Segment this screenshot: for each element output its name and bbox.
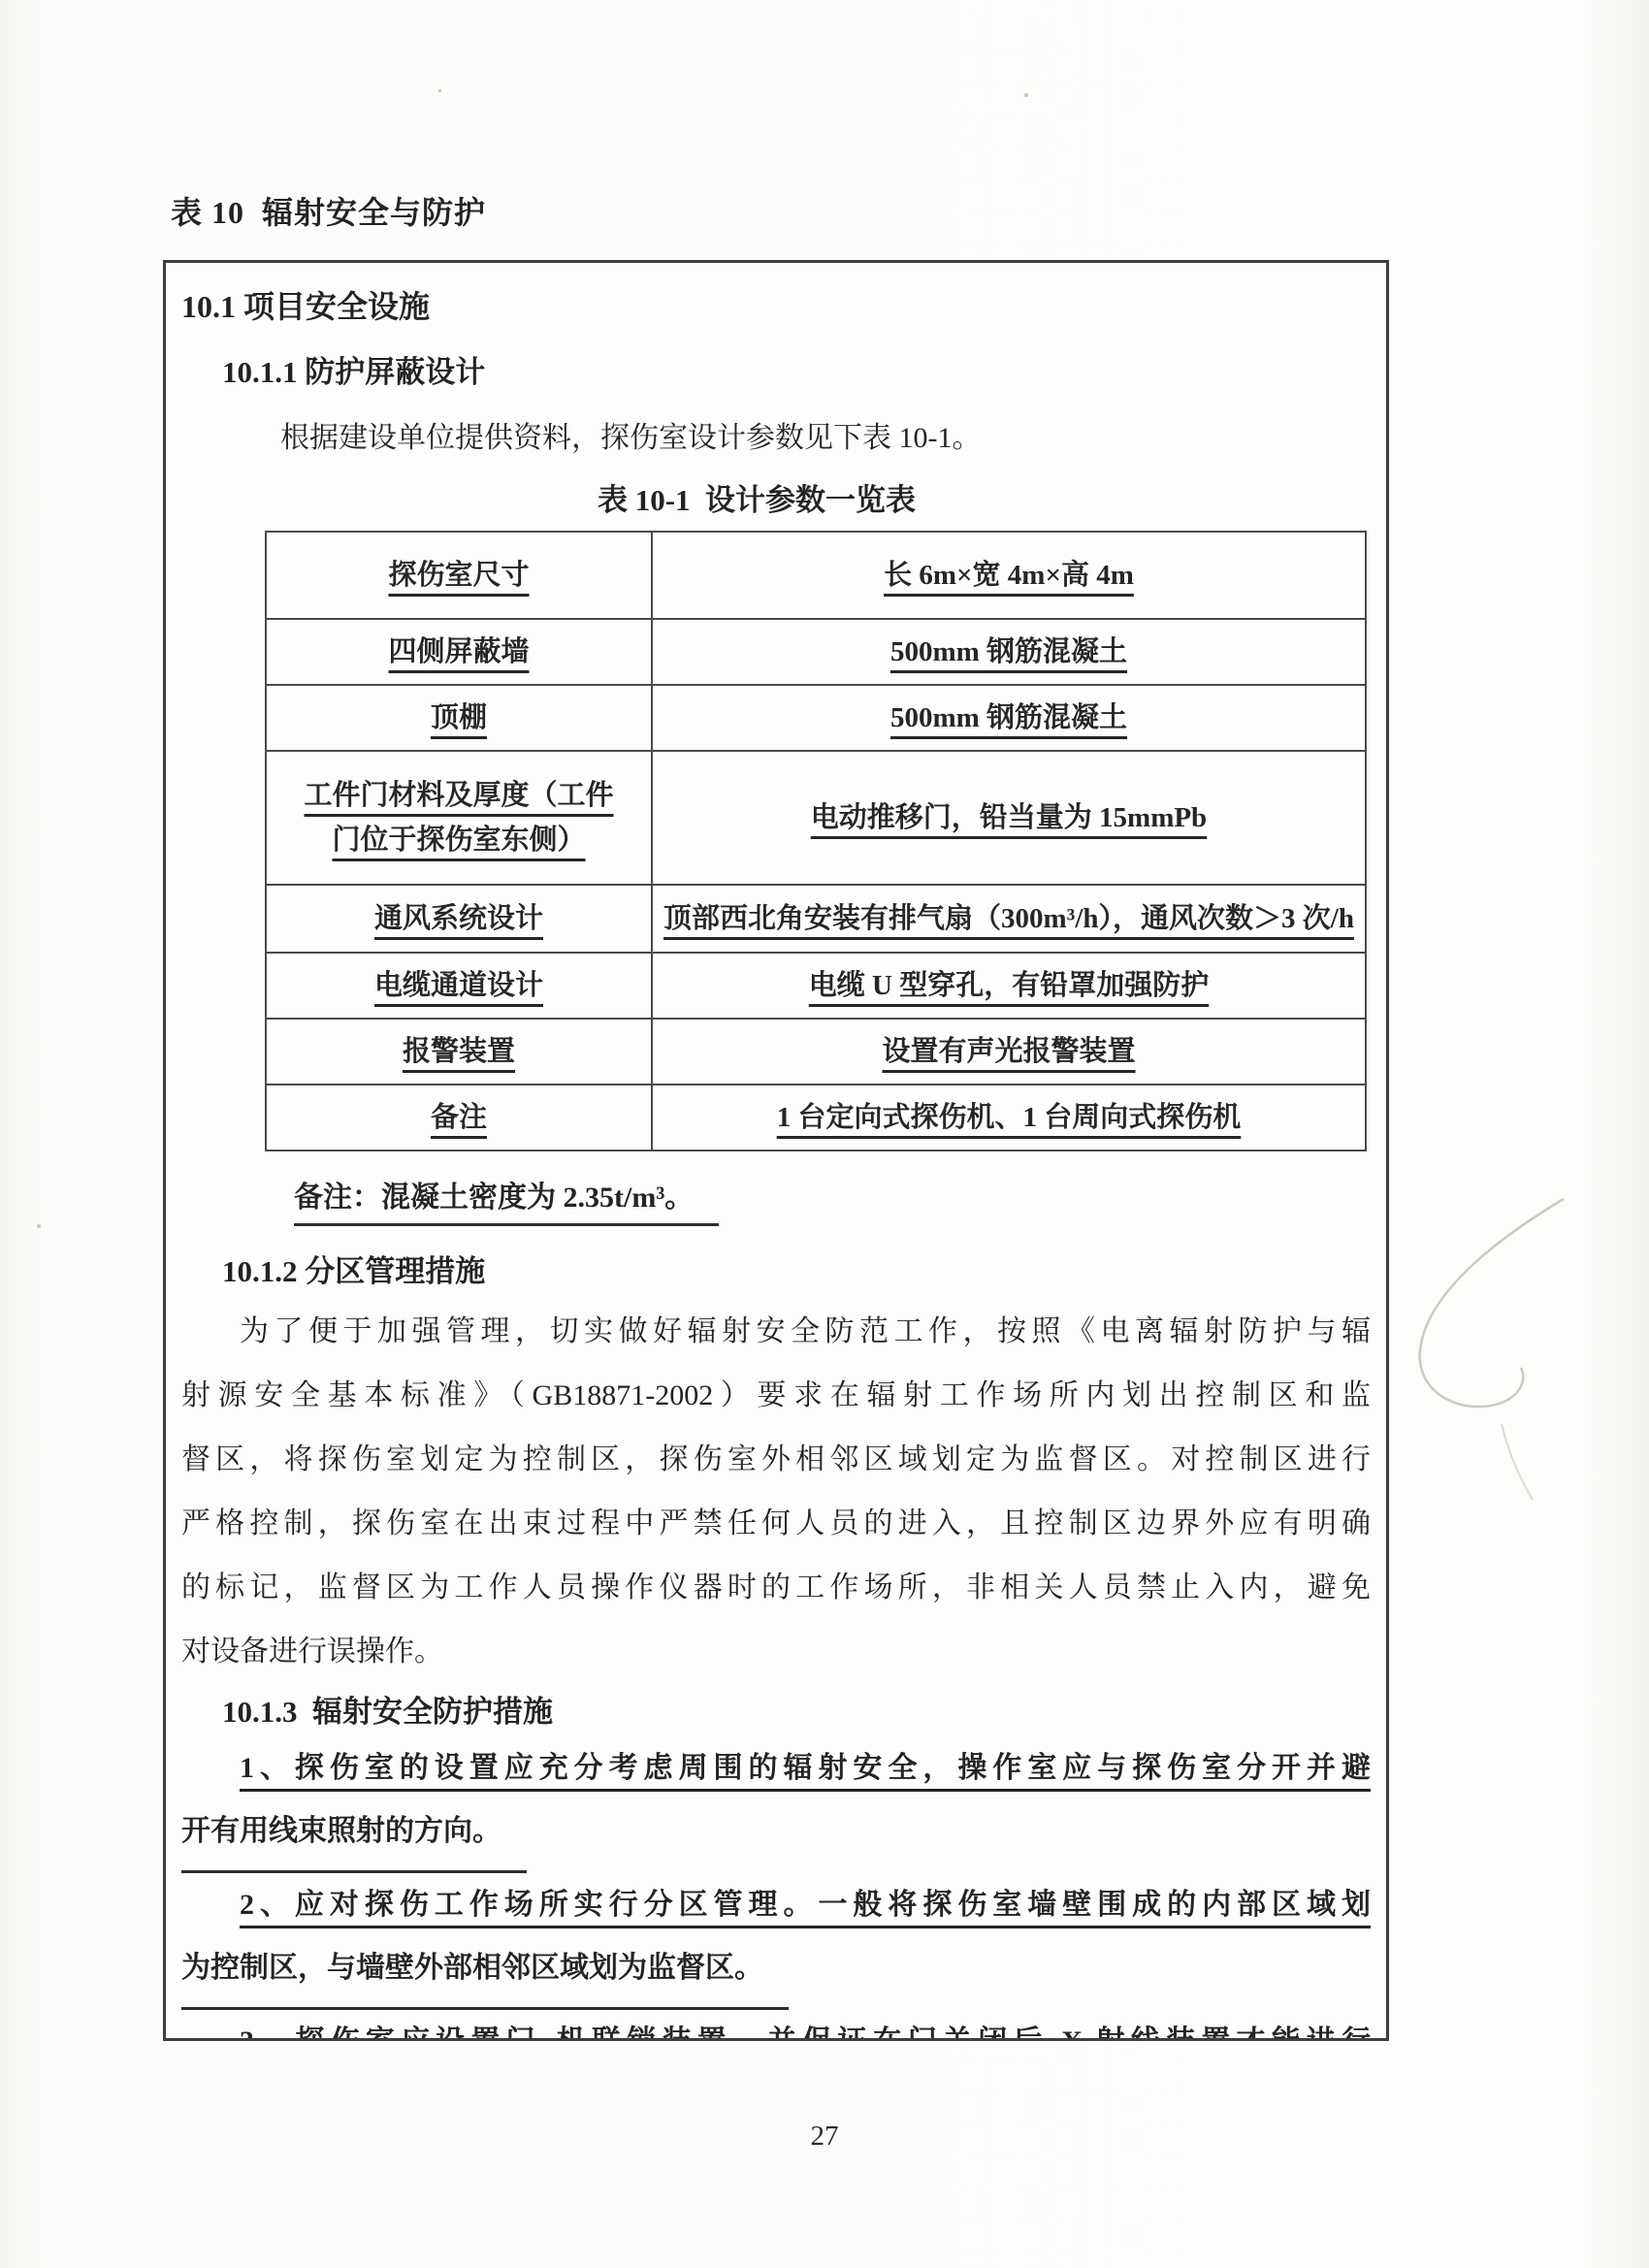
- paragraph-line: 严格控制，探伤室在出束过程中严禁任何人员的进入，且控制区边界外应有明确: [181, 1492, 1371, 1556]
- section-heading-10-1: 10.1 项目安全设施: [181, 286, 1373, 327]
- zoning-paragraph: 为了便于加强管理，切实做好辐射安全防范工作，按照《电离辐射防护与辐 射源安全基本…: [181, 1300, 1371, 1684]
- table-row: 探伤室尺寸 长 6m×宽 4m×高 4m: [266, 532, 1366, 619]
- list-item-line: 开有用线束照射的方向。: [181, 1799, 1371, 1873]
- table-footnote: 备注：混凝土密度为 2.35t/m³。: [294, 1173, 1373, 1226]
- param-value-cell: 顶部西北角安装有排气扇（300m³/h），通风次数＞3 次/h: [652, 885, 1366, 953]
- safety-measures-list: 1、探伤室的设置应充分考虑周围的辐射安全，操作室应与探伤室分开并避 开有用线束照…: [181, 1736, 1371, 2041]
- list-item-line: 为控制区，与墙壁外部相邻区域划为监督区。: [181, 1936, 1371, 2010]
- list-item-line: 1、探伤室的设置应充分考虑周围的辐射安全，操作室应与探伤室分开并避: [181, 1736, 1371, 1799]
- param-value-cell: 电缆 U 型穿孔，有铅罩加强防护: [652, 953, 1366, 1019]
- design-params-table: 探伤室尺寸 长 6m×宽 4m×高 4m 四侧屏蔽墙 500mm 钢筋混凝土 顶…: [265, 531, 1367, 1151]
- list-item-line: 3、探伤室应设置门-机联锁装置，并保证在门关闭后 X 射线装置才能进行: [181, 2010, 1371, 2041]
- param-value-cell: 设置有声光报警装置: [652, 1019, 1366, 1085]
- scan-speck: [1024, 93, 1028, 97]
- paragraph-line: 射源安全基本标准》（GB18871-2002）要求在辐射工作场所内划出控制区和监: [181, 1364, 1371, 1428]
- param-label-cell: 探伤室尺寸: [266, 532, 652, 619]
- table-row: 通风系统设计 顶部西北角安装有排气扇（300m³/h），通风次数＞3 次/h: [266, 885, 1366, 953]
- param-value-cell: 电动推移门，铅当量为 15mmPb: [652, 751, 1366, 885]
- param-label-cell: 通风系统设计: [266, 885, 652, 953]
- paragraph-line: 督区，将探伤室划定为控制区，探伤室外相邻区域划定为监督区。对控制区进行: [181, 1428, 1371, 1492]
- scan-speck: [37, 1224, 41, 1228]
- paragraph-line: 的标记，监督区为工作人员操作仪器时的工作场所，非相关人员禁止入内，避免: [181, 1556, 1371, 1620]
- param-label-cell: 备注: [266, 1085, 652, 1150]
- paragraph-line: 为了便于加强管理，切实做好辐射安全防范工作，按照《电离辐射防护与辐: [181, 1300, 1371, 1364]
- scanned-document-page: 表 10 辐射安全与防护 10.1 项目安全设施 10.1.1 防护屏蔽设计 根…: [0, 0, 1649, 2268]
- param-label-cell: 顶棚: [266, 685, 652, 751]
- scan-artifact-curve: [1356, 1185, 1569, 1506]
- scan-speck: [438, 89, 441, 92]
- table-row: 备注 1 台定向式探伤机、1 台周向式探伤机: [266, 1085, 1366, 1150]
- param-value-cell: 500mm 钢筋混凝土: [652, 619, 1366, 685]
- table-row: 电缆通道设计 电缆 U 型穿孔，有铅罩加强防护: [266, 953, 1366, 1019]
- table-row: 四侧屏蔽墙 500mm 钢筋混凝土: [266, 619, 1366, 685]
- intro-paragraph: 根据建设单位提供资料，探伤室设计参数见下表 10-1。: [222, 418, 1330, 459]
- param-label-cell: 四侧屏蔽墙: [266, 619, 652, 685]
- param-label-cell: 报警装置: [266, 1019, 652, 1085]
- section-heading-10-1-2: 10.1.2 分区管理措施: [222, 1251, 1373, 1292]
- section-heading-10-1-3: 10.1.3 辐射安全防护措施: [222, 1692, 1373, 1733]
- param-label-cell: 电缆通道设计: [266, 953, 652, 1019]
- table-row: 工件门材料及厚度（工件门位于探伤室东侧） 电动推移门，铅当量为 15mmPb: [266, 751, 1366, 885]
- table-10-1-title: 表 10-1 设计参数一览表: [179, 480, 1334, 521]
- param-value-cell: 长 6m×宽 4m×高 4m: [652, 532, 1366, 619]
- list-item-line: 2、应对探伤工作场所实行分区管理。一般将探伤室墙壁围成的内部区域划: [181, 1873, 1371, 1936]
- paragraph-line: 对设备进行误操作。: [181, 1620, 1371, 1684]
- section-heading-10-1-1: 10.1.1 防护屏蔽设计: [222, 352, 1373, 393]
- list-item-text: 为控制区，与墙壁外部相邻区域划为监督区。: [181, 1936, 789, 2010]
- param-value-cell: 1 台定向式探伤机、1 台周向式探伤机: [652, 1085, 1366, 1150]
- content-border-box: 10.1 项目安全设施 10.1.1 防护屏蔽设计 根据建设单位提供资料，探伤室…: [163, 260, 1389, 2041]
- table-row: 顶棚 500mm 钢筋混凝土: [266, 685, 1366, 751]
- list-item-text: 开有用线束照射的方向。: [181, 1799, 527, 1873]
- document-title: 表 10 辐射安全与防护: [171, 188, 486, 233]
- page-number: 27: [0, 2121, 1649, 2153]
- param-value-cell: 500mm 钢筋混凝土: [652, 685, 1366, 751]
- param-label-cell: 工件门材料及厚度（工件门位于探伤室东侧）: [266, 751, 652, 885]
- table-footnote-text: 备注：混凝土密度为 2.35t/m³。: [294, 1173, 719, 1226]
- table-row: 报警装置 设置有声光报警装置: [266, 1019, 1366, 1085]
